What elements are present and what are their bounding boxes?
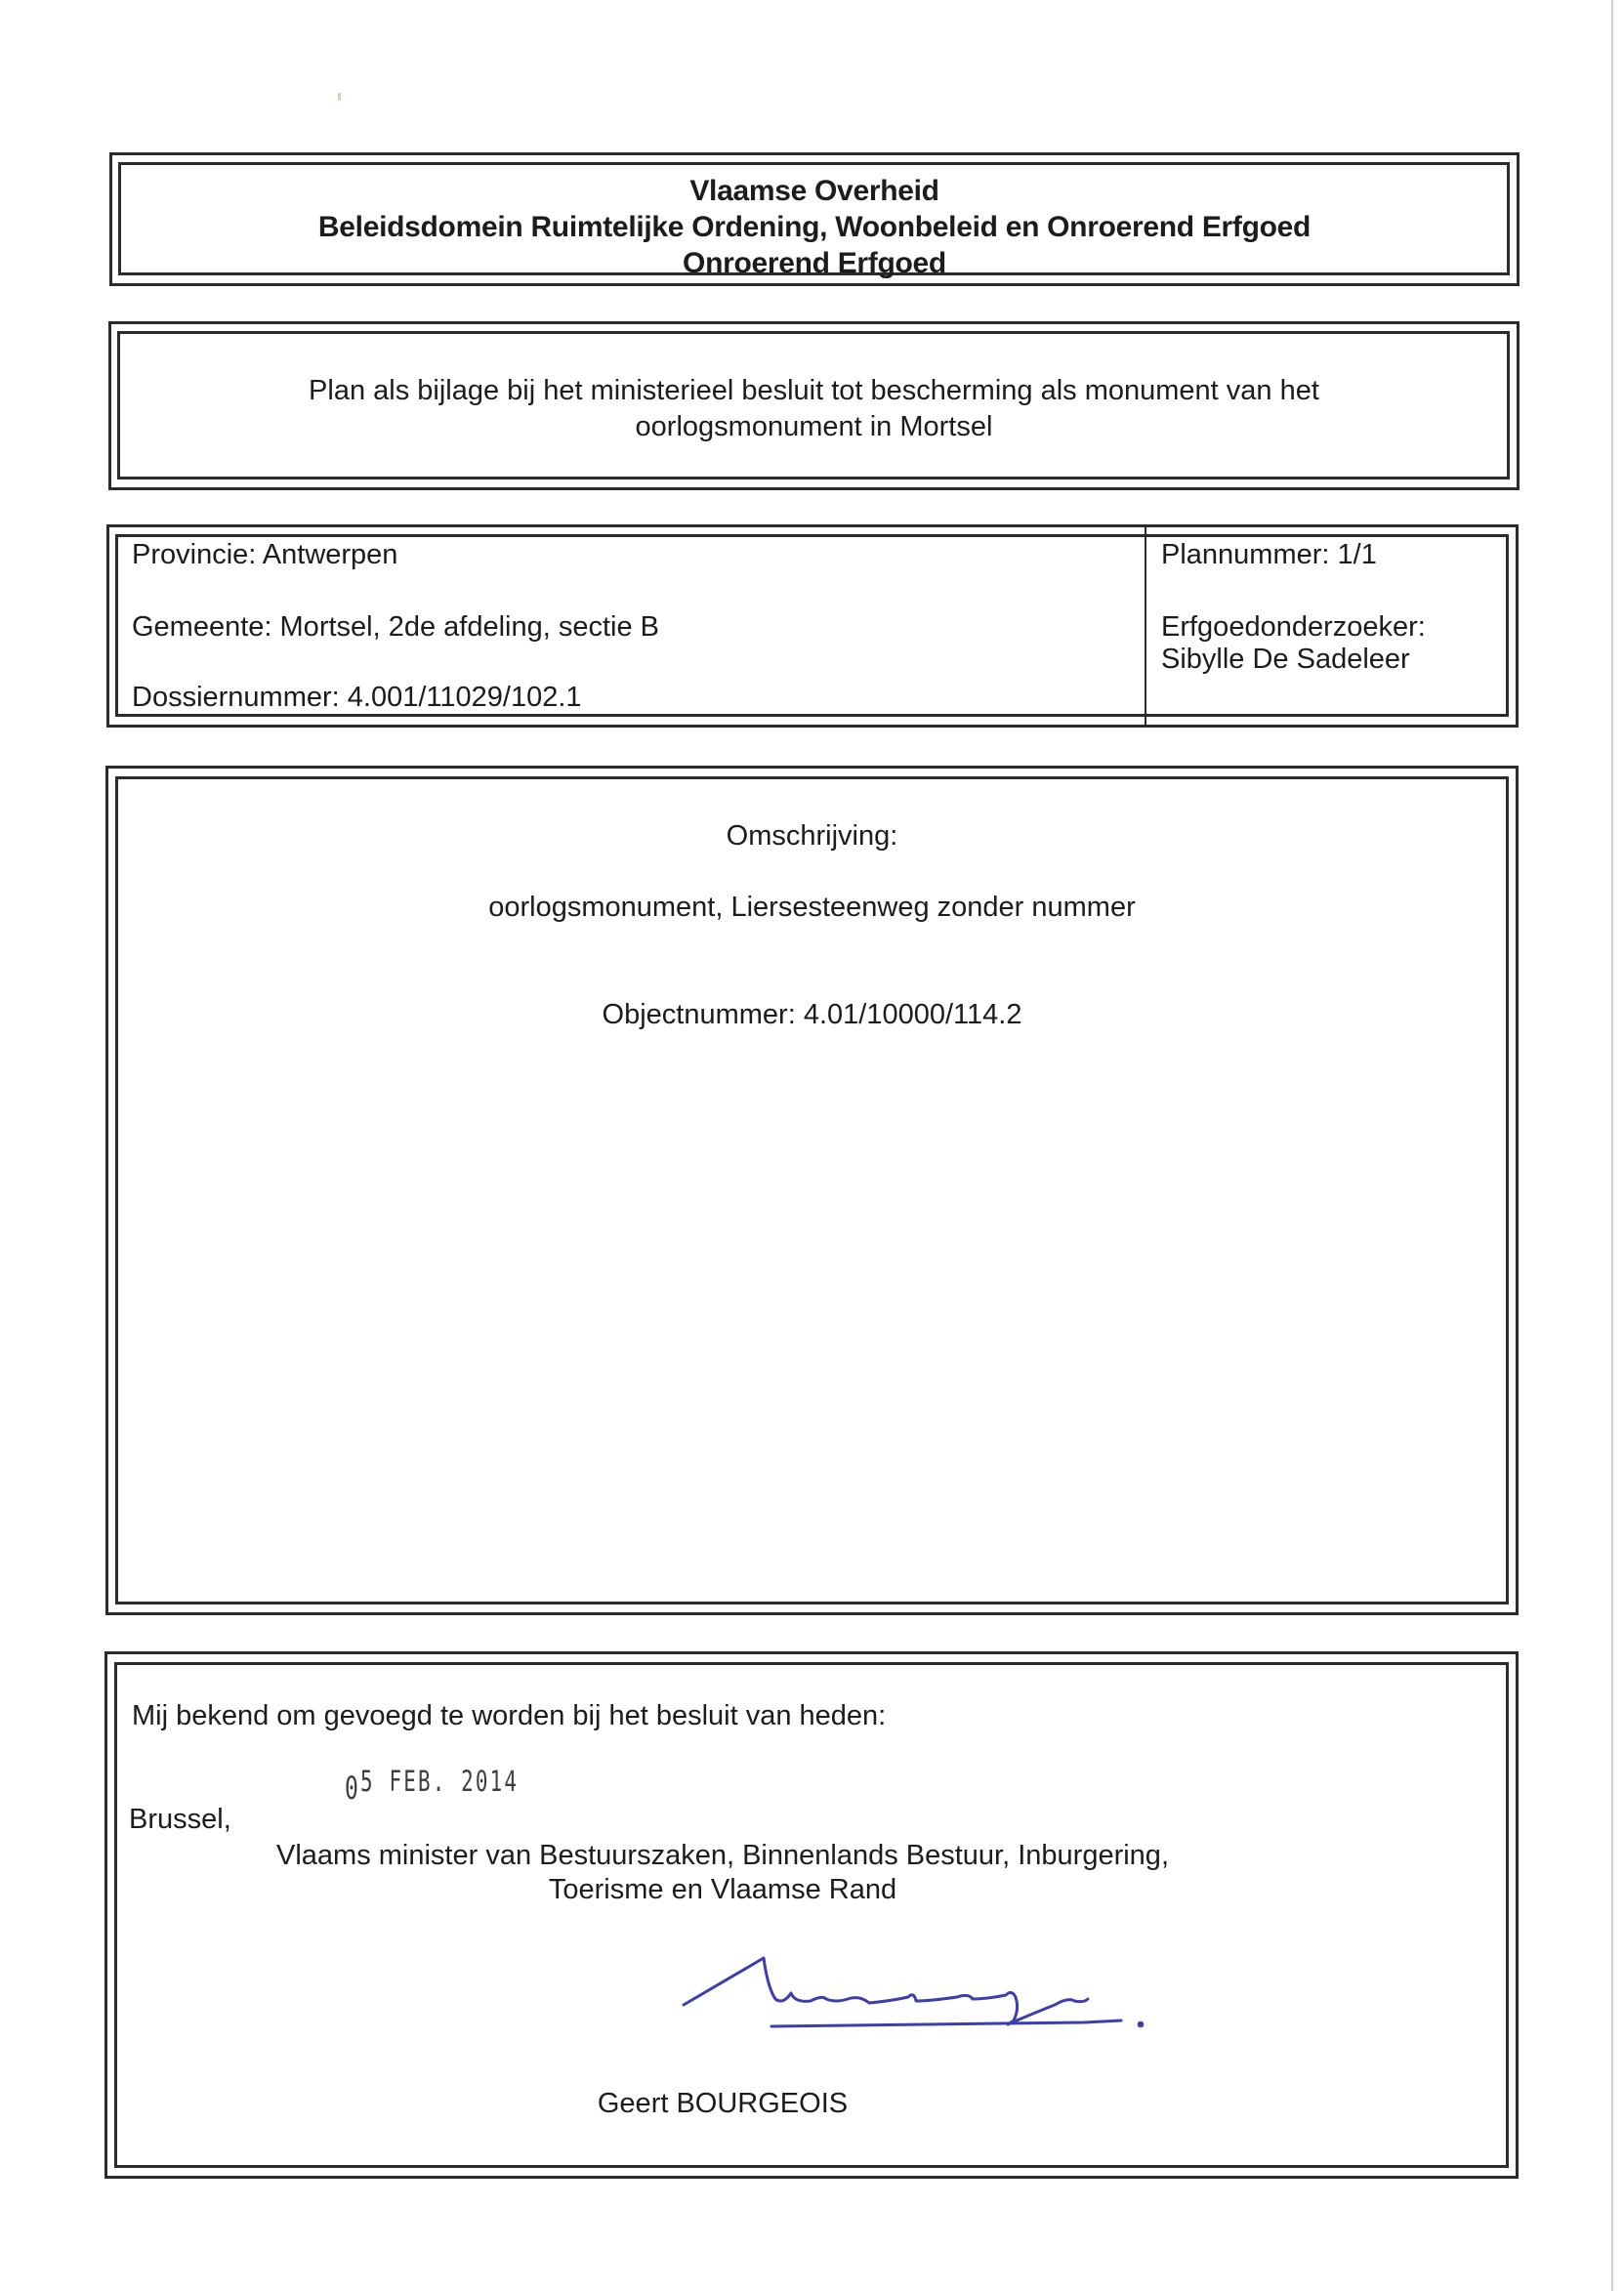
minister-title-line-2: Toerisme en Vlaamse Rand: [107, 1876, 1338, 1904]
signature-icon: [674, 1948, 1201, 2046]
gemeente-field: Gemeente: Mortsel, 2de afdeling, sectie …: [132, 613, 659, 642]
description-box: Omschrijving: oorlogsmonument, Lierseste…: [105, 766, 1519, 1615]
date-stamp: 05 FEB. 2014: [345, 1765, 519, 1796]
description-text: oorlogsmonument, Liersesteenweg zonder n…: [108, 894, 1516, 922]
approval-box: Mij bekend om gevoegd te worden bij het …: [104, 1651, 1519, 2179]
provincie-field: Provincie: Antwerpen: [132, 541, 397, 569]
subject-box: Plan als bijlage bij het ministerieel be…: [108, 321, 1520, 490]
date-stamp-day-first: 0: [345, 1770, 360, 1807]
signatory-name: Geert BOURGEOIS: [107, 2090, 1338, 2118]
header-line-1: Vlaamse Overheid: [112, 177, 1517, 206]
objectnummer-field: Objectnummer: 4.01/10000/114.2: [108, 1001, 1516, 1029]
header-line-2: Beleidsdomein Ruimtelijke Ordening, Woon…: [112, 213, 1517, 242]
plannummer-field: Plannummer: 1/1: [1161, 541, 1377, 569]
onderzoeker-name: Sibylle De Sadeleer: [1161, 646, 1410, 674]
header-box: Vlaamse Overheid Beleidsdomein Ruimtelij…: [109, 152, 1520, 286]
place-label: Brussel,: [129, 1806, 231, 1834]
description-heading: Omschrijving:: [108, 822, 1516, 851]
header-line-3: Onroerend Erfgoed: [112, 249, 1517, 278]
details-divider: [1145, 527, 1146, 725]
minister-title-line-1: Vlaams minister van Bestuurszaken, Binne…: [107, 1842, 1338, 1870]
dossiernummer-field: Dossiernummer: 4.001/11029/102.1: [132, 684, 582, 712]
details-box: Provincie: Antwerpen Gemeente: Mortsel, …: [106, 524, 1519, 728]
date-stamp-rest: FEB. 2014: [390, 1765, 520, 1798]
scan-speck: [338, 93, 341, 101]
scan-page-edge: [1611, 0, 1613, 2291]
subject-line-1: Plan als bijlage bij het ministerieel be…: [111, 377, 1517, 405]
onderzoeker-label: Erfgoedonderzoeker:: [1161, 613, 1426, 642]
date-stamp-day-second: 5: [360, 1765, 375, 1798]
subject-line-2: oorlogsmonument in Mortsel: [111, 413, 1517, 441]
approval-statement: Mij bekend om gevoegd te worden bij het …: [132, 1702, 886, 1730]
